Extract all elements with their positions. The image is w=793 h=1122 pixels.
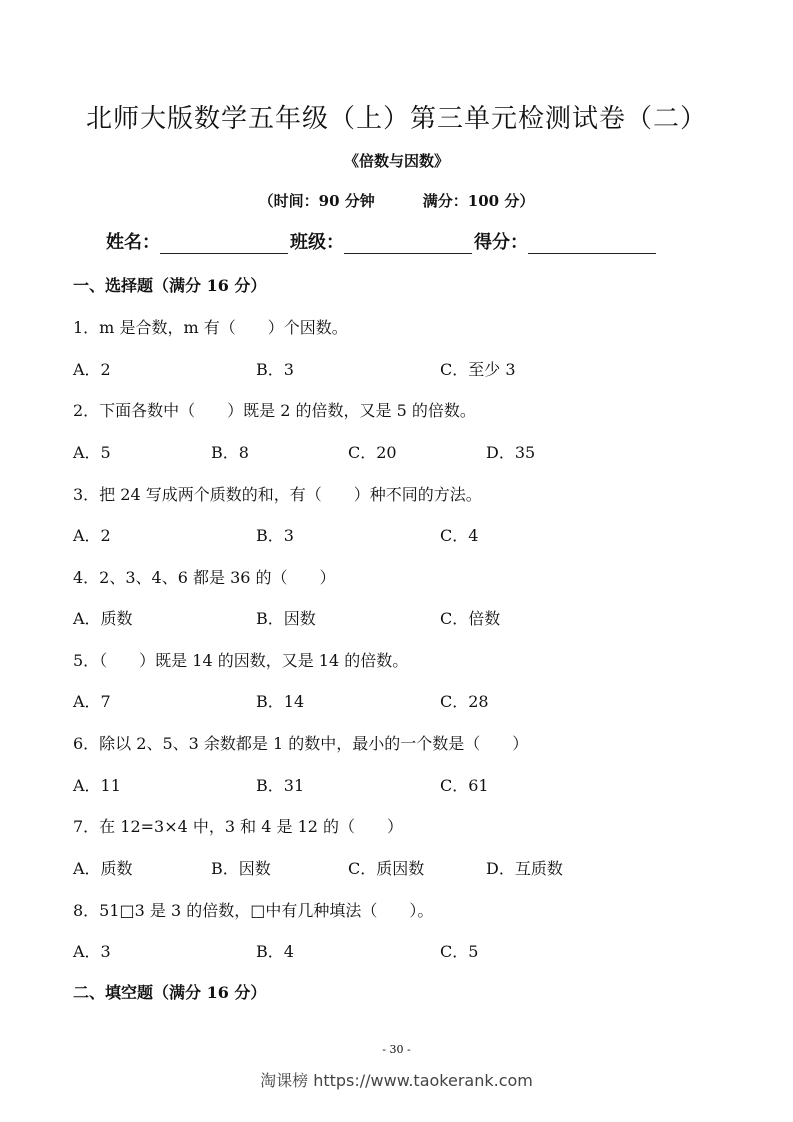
options-6: A．11 B．31 C．61 [73, 773, 633, 795]
option-a: A．质数 [73, 856, 133, 879]
question-8: 8．51□3 是 3 的倍数，□中有几种填法（ ）。 [73, 898, 433, 921]
options-7: A．质数 B．因数 C．质因数 D．互质数 [73, 856, 633, 878]
option-c: C．61 [440, 773, 489, 796]
option-b: B．因数 [256, 606, 316, 629]
class-label: 班级： [290, 228, 344, 254]
option-a: A．5 [73, 440, 111, 463]
options-4: A．质数 B．因数 C．倍数 [73, 606, 633, 628]
exam-time: （时间：90 分钟 [259, 192, 375, 210]
options-2: A．5 B．8 C．20 D．35 [73, 440, 633, 462]
score-label: 得分： [474, 228, 528, 254]
option-c: C．28 [440, 689, 489, 712]
watermark: 淘课榜 https://www.taokerank.com [0, 1068, 793, 1091]
option-c: C．至少 3 [440, 357, 516, 380]
exam-time-score: （时间：90 分钟满分：100 分） [0, 190, 793, 211]
question-4: 4．2、3、4、6 都是 36 的（ ） [73, 565, 336, 588]
option-b: B．31 [256, 773, 304, 796]
option-a: A．3 [73, 939, 111, 962]
question-2: 2．下面各数中（ ）既是 2 的倍数，又是 5 的倍数。 [73, 398, 476, 421]
question-5: 5．（ ）既是 14 的因数，又是 14 的倍数。 [73, 648, 408, 671]
section-title-choice: 一、选择题（满分 16 分） [73, 273, 266, 296]
options-1: A．2 B．3 C．至少 3 [73, 357, 633, 379]
options-5: A．7 B．14 C．28 [73, 689, 633, 711]
option-b: B．3 [256, 357, 294, 380]
option-d: D．35 [486, 440, 535, 463]
options-3: A．2 B．3 C．4 [73, 523, 633, 545]
option-c: C．5 [440, 939, 478, 962]
option-d: D．互质数 [486, 856, 563, 879]
option-b: B．因数 [211, 856, 271, 879]
score-blank[interactable] [528, 231, 656, 254]
exam-title: 北师大版数学五年级（上）第三单元检测试卷（二） [0, 98, 793, 135]
question-1: 1．m 是合数，m 有（ ）个因数。 [73, 315, 348, 338]
option-a: A．7 [73, 689, 111, 712]
option-c: C．质因数 [348, 856, 424, 879]
option-b: B．3 [256, 523, 294, 546]
option-b: B．8 [211, 440, 249, 463]
option-c: C．4 [440, 523, 478, 546]
option-a: A．2 [73, 357, 111, 380]
section-title-fill-in: 二、填空题（满分 16 分） [73, 980, 266, 1003]
option-a: A．质数 [73, 606, 133, 629]
question-7: 7．在 12=3×4 中，3 和 4 是 12 的（ ） [73, 814, 403, 837]
option-c: C．20 [348, 440, 397, 463]
class-blank[interactable] [344, 231, 472, 254]
exam-subtitle: 《倍数与因数》 [0, 150, 793, 171]
options-8: A．3 B．4 C．5 [73, 939, 633, 961]
page-number: - 30 - [0, 1043, 793, 1056]
name-label: 姓名： [106, 228, 160, 254]
option-b: B．4 [256, 939, 294, 962]
option-a: A．2 [73, 523, 111, 546]
option-c: C．倍数 [440, 606, 500, 629]
name-blank[interactable] [160, 231, 288, 254]
question-3: 3．把 24 写成两个质数的和，有（ ）种不同的方法。 [73, 482, 482, 505]
exam-full-score: 满分：100 分） [423, 192, 535, 210]
option-b: B．14 [256, 689, 304, 712]
student-info-line: 姓名： 班级： 得分： [106, 228, 658, 254]
question-6: 6．除以 2、5、3 余数都是 1 的数中，最小的一个数是（ ） [73, 731, 528, 754]
option-a: A．11 [73, 773, 121, 796]
